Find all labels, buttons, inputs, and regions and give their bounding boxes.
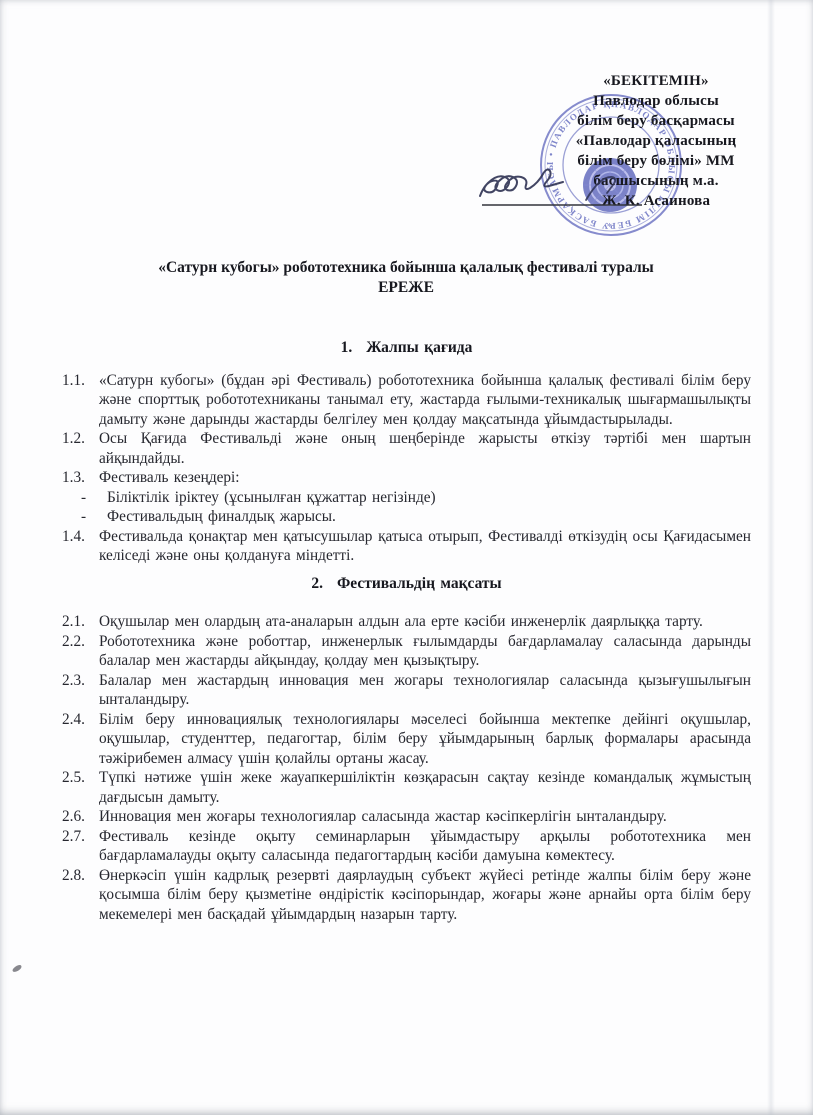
svg-text:*: *: [607, 222, 612, 233]
title-line-2: ЕРЕЖЕ: [62, 278, 750, 298]
item-1-1: 1.1. «Сатурн кубогы» (бұдан әрі Фестивал…: [62, 371, 751, 430]
bullet-item: - Біліктілік іріктеу (ұсынылған құжаттар…: [62, 488, 751, 508]
item-text: Балалар мен жастардың инновация мен жога…: [99, 672, 751, 709]
item-text: Осы Қағида Фестивальді және оның шеңбері…: [99, 430, 751, 467]
section-2-number: 2.: [311, 575, 323, 592]
item-2-6: 2.6. Инновация мен жоғары технологиялар …: [62, 807, 751, 827]
item-1-4: 1.4. Фестивальда қонақтар мен қатысушыла…: [62, 527, 751, 566]
paper-speck: [11, 964, 22, 973]
item-number: 1.3.: [62, 468, 85, 488]
item-2-4: 2.4. Білім беру инновациялық технологиял…: [62, 710, 751, 769]
item-2-7: 2.7. Фестиваль кезінде оқыту семинарлары…: [62, 827, 751, 866]
section-1-heading: 1.Жалпы қағида: [62, 338, 751, 358]
bullet-dash: -: [81, 507, 86, 527]
approval-line: «БЕКІТЕМІН»: [547, 71, 765, 91]
section-1-label: Жалпы қағида: [366, 339, 472, 356]
item-text: Өнеркәсіп үшін кадрлық резервті даярлауд…: [99, 867, 751, 923]
item-2-2: 2.2. Робототехника және роботтар, инжене…: [62, 632, 751, 671]
item-number: 1.1.: [62, 371, 85, 391]
approval-line: «Павлодар қаласының: [547, 131, 765, 151]
item-2-3: 2.3. Балалар мен жастардың инновация мен…: [62, 671, 751, 710]
item-number: 2.3.: [62, 671, 85, 691]
paper-crease: [767, 0, 775, 1115]
item-number: 2.5.: [62, 768, 85, 788]
item-1-3: 1.3. Фестиваль кезеңдері:: [62, 468, 751, 488]
document-title: «Сатурн кубогы» робототехника бойынша қа…: [62, 258, 750, 298]
item-number: 2.8.: [62, 866, 85, 886]
item-text: Түпкі нәтиже үшін жеке жауапкершіліктін …: [99, 769, 751, 806]
item-2-1: 2.1. Оқушылар мен олардың ата-аналарын а…: [62, 612, 751, 632]
item-number: 2.1.: [62, 612, 85, 632]
item-number: 2.4.: [62, 710, 85, 730]
item-text: Білім беру инновациялық технологиялары м…: [99, 711, 751, 767]
item-text: Робототехника және роботтар, инженерлык …: [99, 633, 751, 670]
item-number: 2.7.: [62, 827, 85, 847]
item-2-8: 2.8. Өнеркәсіп үшін кадрлық резервті дая…: [62, 866, 751, 925]
item-text: Инновация мен жоғары технологиялар салас…: [99, 808, 667, 825]
approval-line: білім беру басқармасы: [547, 111, 765, 131]
signature: [474, 166, 649, 214]
document-page: ПАВЛОДАР ОБЛЫСЫ БІЛІМ БЕРУ БАСҚАРМАСЫ • …: [0, 0, 813, 1115]
item-1-2: 1.2. Осы Қағида Фестивальді және оның ше…: [62, 429, 751, 468]
item-number: 1.2.: [62, 429, 85, 449]
document-body: 1.Жалпы қағида 1.1. «Сатурн кубогы» (бұд…: [62, 338, 751, 924]
item-text: Оқушылар мен олардың ата-аналарын алдын …: [99, 613, 703, 630]
section-1-number: 1.: [341, 339, 353, 356]
item-text: Біліктілік іріктеу (ұсынылған құжаттар н…: [107, 489, 436, 506]
item-text: Фестиваль кезінде оқыту семинарларын ұйы…: [99, 828, 751, 865]
item-number: 1.4.: [62, 527, 85, 547]
item-number: 2.2.: [62, 632, 85, 652]
bullet-dash: -: [81, 488, 86, 508]
bullet-item: - Фестивальдың финалдық жарысы.: [62, 507, 751, 527]
title-line-1: «Сатурн кубогы» робототехника бойынша қа…: [62, 258, 750, 278]
item-number: 2.6.: [62, 807, 85, 827]
approval-line: Павлодар облысы: [547, 91, 765, 111]
item-text: Фестиваль кезеңдері:: [99, 469, 240, 486]
item-text: Фестивальда қонақтар мен қатысушылар қат…: [99, 528, 751, 565]
section-2-label: Фестивальдің мақсаты: [337, 575, 502, 592]
item-text: «Сатурн кубогы» (бұдан әрі Фестиваль) ро…: [99, 372, 751, 428]
item-text: Фестивальдың финалдық жарысы.: [107, 508, 336, 525]
section-2-heading: 2.Фестивальдің мақсаты: [62, 574, 751, 594]
item-2-5: 2.5. Түпкі нәтиже үшін жеке жауапкершілі…: [62, 768, 751, 807]
